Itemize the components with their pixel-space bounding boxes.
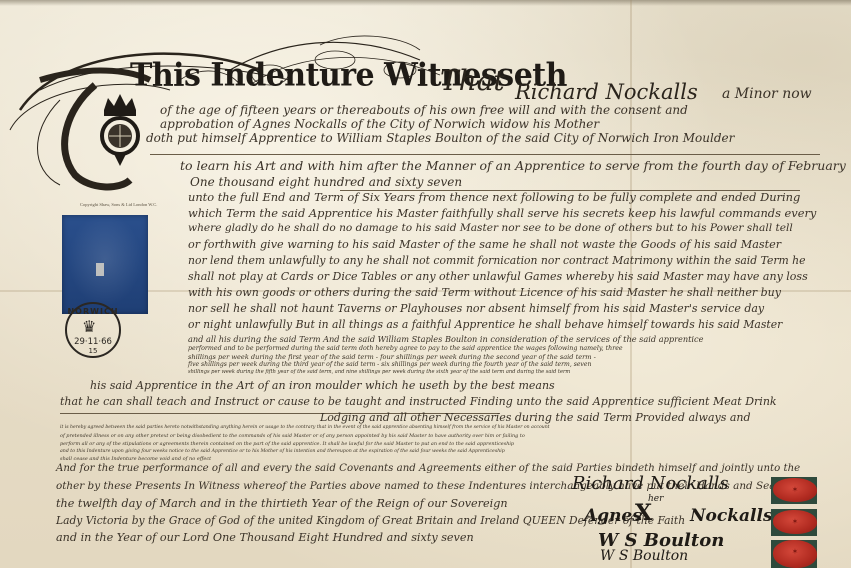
- wax-seal-icon: ✶: [773, 510, 817, 534]
- text-line: where gladly do he shall do no damage to…: [188, 222, 793, 234]
- signature-master-2: W S Boulton: [600, 548, 688, 564]
- text-line: shall cease and this Indenture become vo…: [60, 456, 211, 462]
- text-line: it is hereby agreed between the said par…: [60, 425, 550, 430]
- text-line: five shillings per week during the third…: [188, 361, 591, 368]
- printer-line: Copyright Shaw, Sons & Ltd London W.C.: [80, 202, 157, 207]
- minor-text: a Minor now: [722, 86, 812, 102]
- text-line: Lodging and all other Necessaries during…: [320, 411, 751, 424]
- text-line: performed and to be performed during the…: [188, 345, 623, 352]
- signature-apprentice: Richard Nockalls: [572, 473, 729, 494]
- top-edge-shadow: [0, 0, 851, 6]
- opening-word: That: [440, 64, 505, 97]
- text-line: and to this Indenture upon giving four w…: [60, 449, 505, 454]
- text-line: nor lend them unlawfully to any he shall…: [188, 254, 806, 267]
- text-line: of pretended illness or on any other pre…: [60, 433, 525, 439]
- text-line: to learn his Art and with him after the …: [180, 158, 846, 173]
- text-line: perform all or any of the stipulations o…: [60, 441, 514, 447]
- postmark-town: NORWICH: [67, 307, 119, 316]
- text-line: and all his during the said Term And the…: [188, 334, 703, 344]
- postmark-number: 15: [67, 347, 119, 355]
- text-line: that he can shall teach and Instruct or …: [60, 395, 777, 408]
- stamp-chip: [96, 263, 104, 276]
- wax-seal-icon: ✶: [773, 540, 817, 568]
- text-line: the twelfth day of March and in the thir…: [56, 497, 508, 510]
- mother-mark: X: [635, 500, 652, 526]
- text-line: or night unlawfully But in all things as…: [188, 318, 782, 331]
- divider: [150, 154, 820, 155]
- royal-crest-icon: [92, 92, 148, 172]
- text-line: unto the full End and Term of Six Years …: [188, 190, 800, 204]
- wax-seal-icon: ✶: [773, 478, 817, 502]
- text-line: shillings per week during the first year…: [188, 353, 596, 361]
- text-line: which Term the said Apprentice his Maste…: [188, 206, 816, 220]
- signature-mother: Agnes: [584, 506, 642, 526]
- postmark: NORWICH ♛ 29·11·66 15: [65, 302, 121, 358]
- text-line: shall not play at Cards or Dice Tables o…: [188, 270, 808, 283]
- text-line: doth put himself Apprentice to William S…: [146, 131, 734, 145]
- text-line: his said Apprentice in the Art of an iro…: [90, 379, 555, 392]
- crown-icon: ♛: [82, 317, 96, 336]
- apprentice-name: Richard Nockalls: [515, 80, 698, 104]
- text-line: approbation of Agnes Nockalls of the Cit…: [160, 117, 599, 131]
- revenue-duty-stamp: [62, 215, 148, 314]
- text-line: nor sell he shall not haunt Taverns or P…: [188, 302, 764, 315]
- text-line: and in the Year of our Lord One Thousand…: [56, 531, 474, 544]
- text-line: or forthwith give warning to his said Ma…: [188, 238, 781, 251]
- postmark-date: 29·11·66: [67, 337, 119, 347]
- text-line: One thousand eight hundred and sixty sev…: [190, 175, 462, 189]
- signature-mother-surname: Nockalls: [690, 506, 773, 526]
- text-line: of the age of fifteen years or thereabou…: [160, 103, 688, 117]
- text-line: with his own goods or others during the …: [188, 286, 781, 299]
- text-line: shillings per week during the fifth year…: [188, 369, 570, 375]
